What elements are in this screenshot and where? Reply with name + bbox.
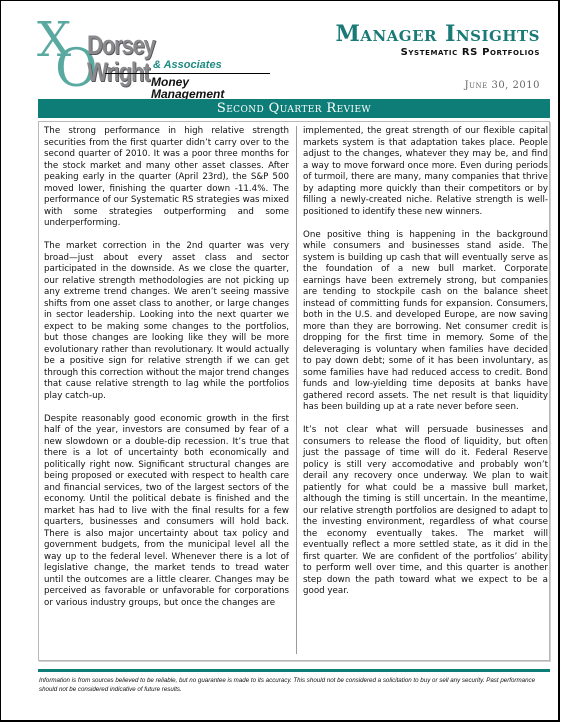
newsletter-subtitle: Systematic RS Portfolios [401, 47, 540, 58]
article-right-column: implemented, the great strength of our f… [303, 126, 548, 609]
newsletter-page: X O Dorsey Wright & Associates Money Man… [0, 0, 560, 722]
logo-division: Money Management [151, 76, 245, 100]
article-box: The strong performance in high relative … [38, 121, 550, 661]
paragraph: implemented, the great strength of our f… [303, 126, 548, 218]
article-left-column: The strong performance in high relative … [44, 126, 289, 621]
paragraph: The market correction in the 2nd quarter… [44, 241, 289, 402]
paragraph: Despite reasonably good economic growth … [44, 414, 289, 610]
company-logo: X O Dorsey Wright & Associates Money Man… [35, 13, 245, 93]
footer-divider [38, 669, 550, 672]
paragraph: It’s not clear what will persuade busine… [303, 425, 548, 598]
column-divider [296, 126, 297, 654]
logo-associates: & Associates [153, 60, 222, 71]
disclaimer-text: Information is from sources believed to … [39, 677, 549, 694]
section-banner: Second Quarter Review [38, 99, 550, 118]
paragraph: The strong performance in high relative … [44, 126, 289, 230]
newsletter-title: Manager Insights [335, 23, 540, 45]
issue-date: June 30, 2010 [465, 80, 540, 91]
paragraph: One positive thing is happening in the b… [303, 230, 548, 414]
logo-divider [105, 73, 270, 74]
